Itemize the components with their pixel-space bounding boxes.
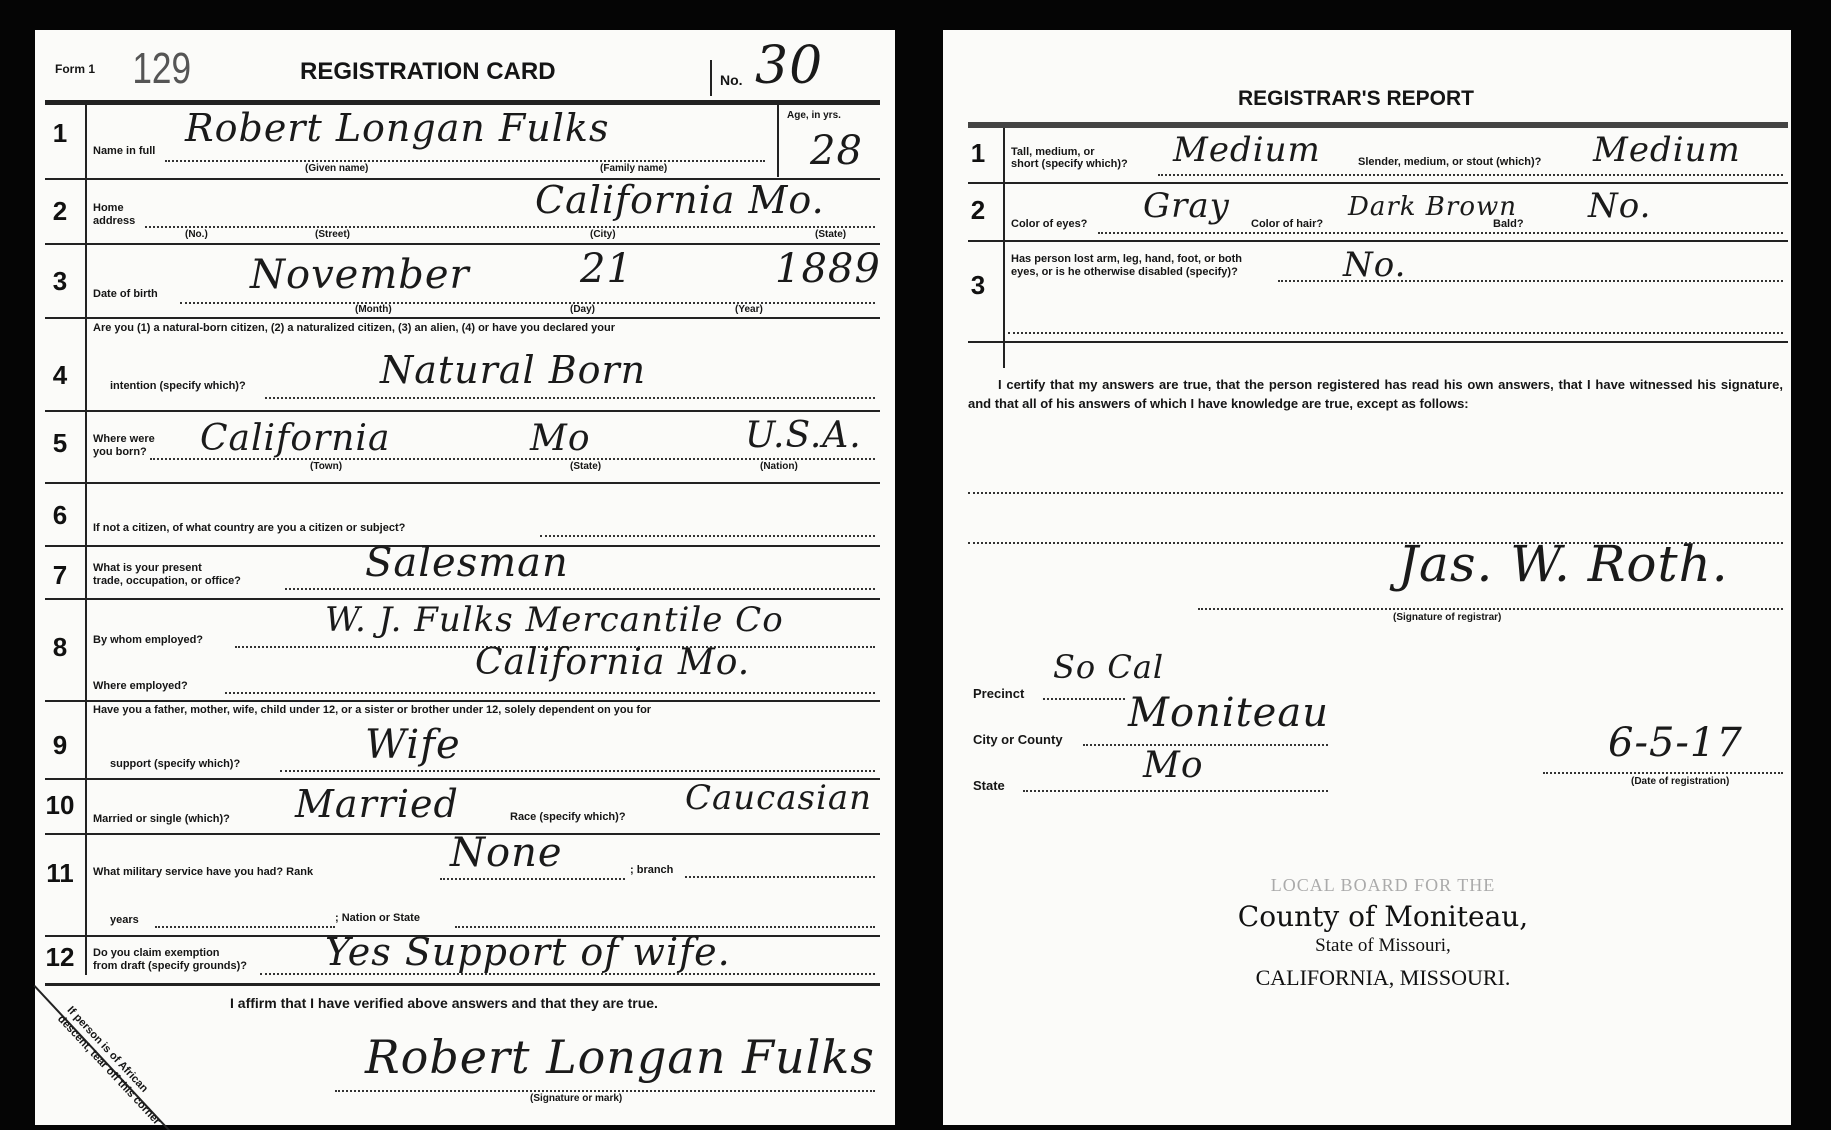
dotted-line [440,878,625,880]
dob-year: 1889 [775,246,881,292]
military-value: None [450,830,563,876]
years-label: years [110,914,139,927]
dotted-line [1043,698,1125,700]
registration-date: 6-5-17 [1608,720,1743,766]
nation-state-label: ; Nation or State [335,912,420,925]
dob-month: November [250,252,470,298]
family-name-caption: (Family name) [600,163,667,174]
state-value: Mo [1143,745,1204,786]
employer-label: By whom employed? [93,634,203,647]
row-number: 4 [40,360,80,391]
corner-note: If person is of African descent, tear of… [54,1004,175,1130]
citizenship-question: Are you (1) a natural-born citizen, (2) … [93,322,615,335]
row-number: 9 [40,730,80,761]
divider [777,105,779,177]
dotted-line [1098,232,1783,234]
card-number: 30 [755,36,823,96]
marital-value: Married [295,782,459,826]
dependents-question: Have you a father, mother, wife, child u… [93,704,651,717]
dotted-line [150,458,875,460]
registrar-signature: Jas. W. Roth. [1398,535,1729,593]
signature-line [1198,608,1783,610]
employer-value: W. J. Fulks Mercantile Co [325,600,784,640]
stamp-line-3: State of Missouri, [1143,935,1623,957]
divider [968,341,1788,343]
eye-color-label: Color of eyes? [1011,218,1087,231]
dotted-line [155,926,335,928]
street-caption: (Street) [315,229,350,240]
row-number: 5 [40,428,80,459]
marital-label: Married or single (which)? [93,813,230,826]
day-caption: (Day) [570,304,595,315]
dotted-line [285,588,875,590]
birth-town: California [200,418,390,459]
bald-label: Bald? [1493,218,1524,231]
row-number: 1 [958,138,998,169]
registration-card: Form 1 129 REGISTRATION CARD No. 30 1 Na… [35,30,895,1125]
birthplace-label-2: you born? [93,446,147,459]
given-name-caption: (Given name) [305,163,368,174]
dotted-line [145,226,875,228]
disability-value: No. [1343,245,1406,285]
divider [45,700,880,702]
build-label: Slender, medium, or stout (which)? [1358,156,1541,169]
affirm-text: I affirm that I have verified above answ… [230,995,658,1011]
precinct-value: So Cal [1053,648,1164,686]
nation-caption: (Nation) [760,461,798,472]
divider [45,410,880,412]
row-number: 3 [958,270,998,301]
city-caption: (City) [590,229,616,240]
divider [968,240,1788,242]
divider [45,317,880,319]
registrar-signature-caption: (Signature of registrar) [1393,612,1501,623]
dotted-line [1543,772,1783,774]
bald-value: No. [1588,186,1651,226]
divider [710,60,712,96]
age-value: 28 [810,128,863,174]
town-caption: (Town) [310,461,342,472]
race-label: Race (specify which)? [510,811,626,824]
divider [45,100,880,105]
home-label-1: Home [93,202,124,215]
disability-label-2: eyes, or is he otherwise disabled (speci… [1011,266,1238,279]
dotted-line [165,160,765,162]
dotted-line [1008,332,1783,334]
registrant-signature: Robert Longan Fulks [365,1030,875,1084]
military-label: What military service have you had? Rank [93,866,313,879]
stamp-line-4: CALIFORNIA, MISSOURI. [1143,965,1623,991]
hair-color-value: Dark Brown [1348,192,1517,222]
age-label: Age, in yrs. [787,110,841,121]
dependents-label: support (specify which)? [110,758,240,771]
card-title: REGISTRATION CARD [300,58,556,86]
local-board-stamp: LOCAL BOARD FOR THE County of Moniteau, … [1143,875,1623,991]
stamp-line-2: County of Moniteau, [1143,900,1623,933]
signature-caption: (Signature or mark) [530,1093,622,1104]
dotted-line [1278,280,1783,282]
row-number: 3 [40,266,80,297]
no-caption: (No.) [185,229,208,240]
state-caption: (State) [815,229,846,240]
birth-nation: U.S.A. [745,415,862,456]
certify-text: I certify that my answers are true, that… [968,375,1783,413]
occupation-label-1: What is your present [93,562,202,575]
dob-day: 21 [580,246,633,292]
work-location-label: Where employed? [93,680,188,693]
name-value: Robert Longan Fulks [185,106,609,150]
row-number: 2 [958,195,998,226]
hair-color-label: Color of hair? [1251,218,1323,231]
no-label: No. [720,72,743,88]
dotted-line [455,926,875,928]
signature-line [335,1090,875,1092]
work-location-value: California Mo. [475,642,750,683]
row-number: 12 [40,942,80,973]
birthplace-label-1: Where were [93,433,155,446]
citizenship-label: intention (specify which)? [110,380,246,393]
exemption-label-1: Do you claim exemption [93,947,220,960]
row-number: 1 [40,118,80,149]
occupation-value: Salesman [365,540,569,586]
occupation-label-2: trade, occupation, or office? [93,575,241,588]
row-number: 6 [40,500,80,531]
dob-label: Date of birth [93,288,158,301]
row-number: 7 [40,560,80,591]
home-address-value: California Mo. [535,178,825,222]
dotted-line [260,973,875,975]
dotted-line [265,397,875,399]
divider [968,182,1788,184]
state-caption: (State) [570,461,601,472]
dotted-line [540,535,875,537]
state-label: State [973,778,1005,793]
branch-label: ; branch [630,864,673,877]
divider [1003,128,1005,368]
dotted-line [1083,744,1328,746]
divider [45,983,880,986]
row-number: 10 [40,790,80,821]
dotted-line [685,876,875,878]
divider [45,482,880,484]
height-label-2: short (specify which)? [1011,158,1128,171]
dotted-line [180,302,875,304]
dotted-line [968,492,1783,494]
home-label-2: address [93,215,135,228]
divider [45,243,880,245]
city-county-label: City or County [973,732,1063,747]
disability-label-1: Has person lost arm, leg, hand, foot, or… [1011,253,1242,266]
dotted-line [225,692,875,694]
city-county-value: Moniteau [1128,690,1329,736]
birth-state: Mo [530,418,591,459]
height-value: Medium [1173,130,1321,170]
dotted-line [1158,174,1783,176]
name-label: Name in full [93,145,155,158]
row-number: 8 [40,632,80,663]
report-title: REGISTRAR'S REPORT [1238,87,1474,111]
exemption-label-2: from draft (specify grounds)? [93,960,247,973]
stamp-line-1: LOCAL BOARD FOR THE [1143,875,1623,896]
eye-color-value: Gray [1143,186,1230,226]
row-number: 11 [40,858,80,889]
divider [85,105,87,975]
build-value: Medium [1593,130,1741,170]
date-caption: (Date of registration) [1631,776,1729,787]
precinct-label: Precinct [973,686,1024,701]
foreign-citizen-label: If not a citizen, of what country are yo… [93,522,405,535]
month-caption: (Month) [355,304,392,315]
row-number: 2 [40,196,80,227]
form-label: Form 1 [55,62,95,76]
exemption-value: Yes Support of wife. [325,930,731,974]
serial-stamp: 129 [132,44,191,94]
registrars-report-card: REGISTRAR'S REPORT 1 Tall, medium, or sh… [943,30,1791,1125]
year-caption: (Year) [735,304,763,315]
dotted-line [280,770,875,772]
divider [968,122,1788,128]
dependents-value: Wife [365,722,461,768]
dotted-line [1023,790,1328,792]
race-value: Caucasian [685,778,872,818]
citizenship-value: Natural Born [380,348,646,392]
